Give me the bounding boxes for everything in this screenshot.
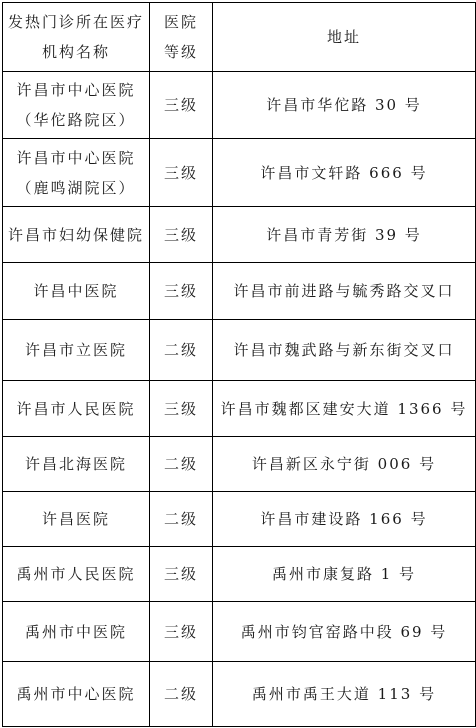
- fever-clinic-table: 发热门诊所在医疗 机构名称 医院 等级 地址 许昌市中心医院 （华佗路院区） 三…: [2, 2, 476, 727]
- table-row: 许昌市立医院 二级 许昌市魏武路与新东街交叉口: [3, 320, 476, 381]
- address: 许昌市青芳街 39 号: [213, 207, 476, 263]
- table-row: 许昌市妇幼保健院 三级 许昌市青芳街 39 号: [3, 207, 476, 263]
- hospital-level: 三级: [150, 381, 213, 437]
- hospital-level: 三级: [150, 263, 213, 320]
- header-row: 发热门诊所在医疗 机构名称 医院 等级 地址: [3, 3, 476, 72]
- institution-name: 禹州市人民医院: [3, 547, 150, 602]
- address: 许昌市文轩路 666 号: [213, 139, 476, 207]
- address: 许昌新区永宁街 006 号: [213, 437, 476, 492]
- hospital-level: 二级: [150, 320, 213, 381]
- institution-name: 许昌北海医院: [3, 437, 150, 492]
- hospital-level: 二级: [150, 437, 213, 492]
- table-row: 禹州市人民医院 三级 禹州市康复路 1 号: [3, 547, 476, 602]
- hospital-level: 三级: [150, 602, 213, 662]
- table-row: 许昌中医院 三级 许昌市前进路与毓秀路交叉口: [3, 263, 476, 320]
- institution-name: 许昌中医院: [3, 263, 150, 320]
- table-row: 许昌市中心医院 （华佗路院区） 三级 许昌市华佗路 30 号: [3, 72, 476, 139]
- institution-name: 许昌市人民医院: [3, 381, 150, 437]
- institution-name: 禹州市中心医院: [3, 662, 150, 727]
- table-row: 许昌市中心医院 （鹿鸣湖院区） 三级 许昌市文轩路 666 号: [3, 139, 476, 207]
- address: 许昌市前进路与毓秀路交叉口: [213, 263, 476, 320]
- table-row: 许昌市人民医院 三级 许昌市魏都区建安大道 1366 号: [3, 381, 476, 437]
- address: 许昌市建设路 166 号: [213, 492, 476, 547]
- hospital-level: 二级: [150, 662, 213, 727]
- institution-name: 许昌市中心医院 （鹿鸣湖院区）: [3, 139, 150, 207]
- header-institution-name: 发热门诊所在医疗 机构名称: [3, 3, 150, 72]
- address: 禹州市钧官窑路中段 69 号: [213, 602, 476, 662]
- institution-name: 许昌市立医院: [3, 320, 150, 381]
- hospital-level: 二级: [150, 492, 213, 547]
- institution-name: 许昌市中心医院 （华佗路院区）: [3, 72, 150, 139]
- address: 许昌市华佗路 30 号: [213, 72, 476, 139]
- table-row: 许昌医院 二级 许昌市建设路 166 号: [3, 492, 476, 547]
- table-row: 禹州市中医院 三级 禹州市钧官窑路中段 69 号: [3, 602, 476, 662]
- institution-name: 禹州市中医院: [3, 602, 150, 662]
- hospital-level: 三级: [150, 139, 213, 207]
- address: 许昌市魏武路与新东街交叉口: [213, 320, 476, 381]
- hospital-level: 三级: [150, 207, 213, 263]
- hospital-level: 三级: [150, 72, 213, 139]
- header-hospital-level: 医院 等级: [150, 3, 213, 72]
- institution-name: 许昌医院: [3, 492, 150, 547]
- institution-name: 许昌市妇幼保健院: [3, 207, 150, 263]
- table-row: 许昌北海医院 二级 许昌新区永宁街 006 号: [3, 437, 476, 492]
- address: 许昌市魏都区建安大道 1366 号: [213, 381, 476, 437]
- header-address: 地址: [213, 3, 476, 72]
- address: 禹州市禹王大道 113 号: [213, 662, 476, 727]
- hospital-level: 三级: [150, 547, 213, 602]
- address: 禹州市康复路 1 号: [213, 547, 476, 602]
- table-row: 禹州市中心医院 二级 禹州市禹王大道 113 号: [3, 662, 476, 727]
